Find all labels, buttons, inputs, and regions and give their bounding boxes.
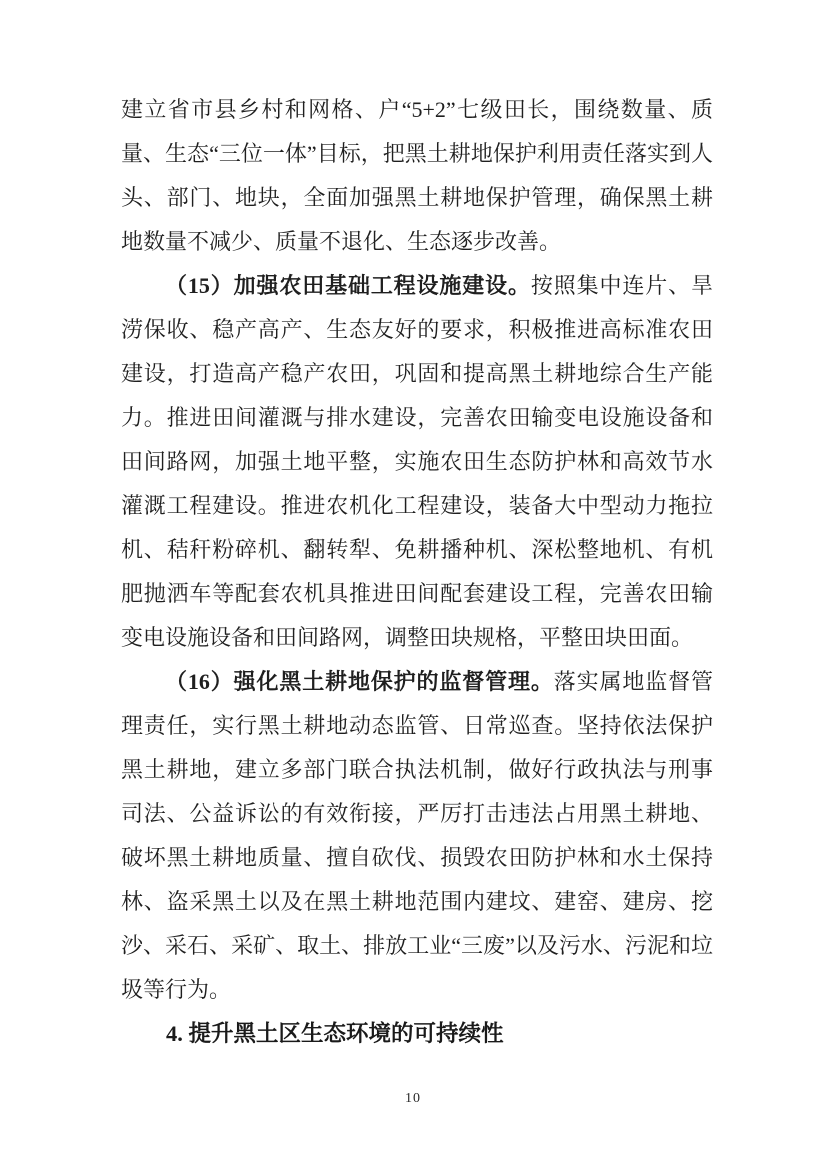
document-page: 建立省市县乡村和网格、户“5+2”七级田长，围绕数量、质量、生态“三位一体”目标… [0,0,826,1169]
paragraph-continuation: 建立省市县乡村和网格、户“5+2”七级田长，围绕数量、质量、生态“三位一体”目标… [121,88,713,264]
section-heading-4: 4. 提升黑土区生态环境的可持续性 [121,1012,713,1056]
paragraph-item-15-lead: （15）加强农田基础工程设施建设。 [165,273,531,298]
paragraph-item-15-body: 按照集中连片、旱涝保收、稳产高产、生态友好的要求，积极推进高标准农田建设，打造高… [121,273,713,650]
paragraph-item-15: （15）加强农田基础工程设施建设。按照集中连片、旱涝保收、稳产高产、生态友好的要… [121,264,713,660]
page-number: 10 [0,1091,826,1107]
text-block: 建立省市县乡村和网格、户“5+2”七级田长，围绕数量、质量、生态“三位一体”目标… [121,88,713,1056]
paragraph-item-16-body: 落实属地监督管理责任，实行黑土耕地动态监管、日常巡查。坚持依法保护黑土耕地，建立… [121,669,713,1002]
paragraph-item-16-lead: （16）强化黑土耕地保护的监督管理。 [165,669,554,694]
paragraph-item-16: （16）强化黑土耕地保护的监督管理。落实属地监督管理责任，实行黑土耕地动态监管、… [121,660,713,1012]
